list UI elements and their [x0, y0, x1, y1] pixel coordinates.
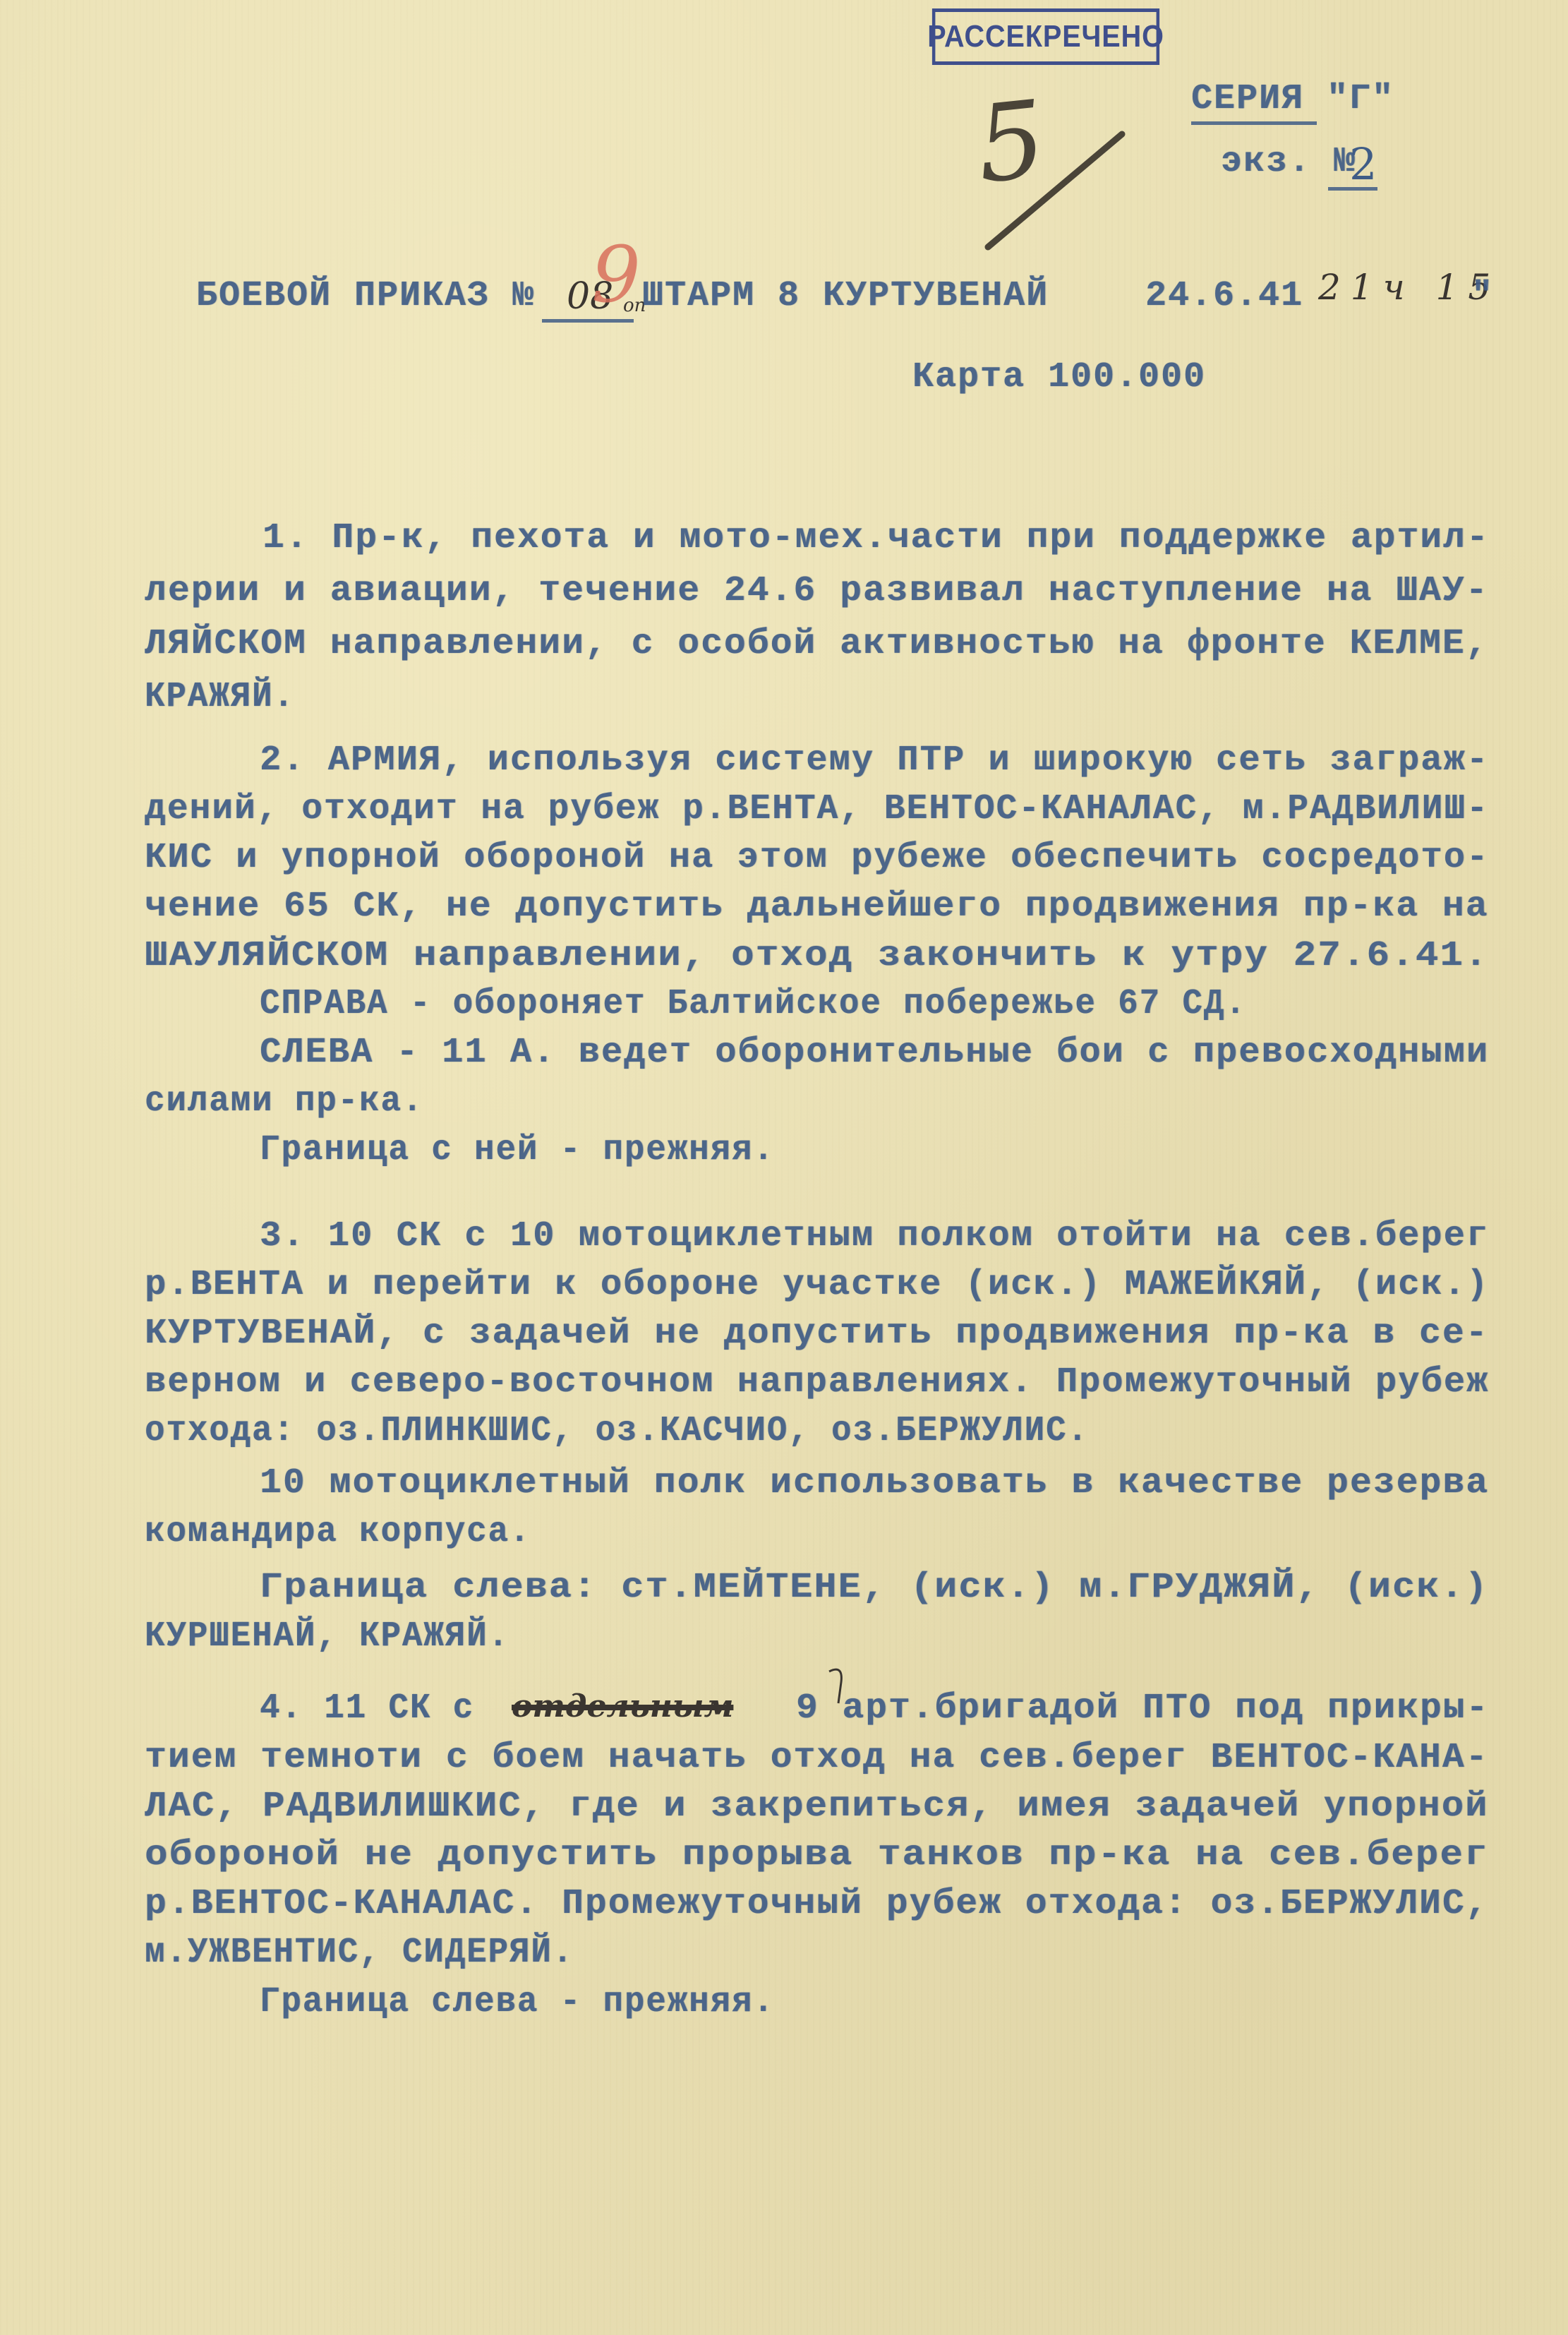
- order-number-red-correction: 9: [591, 229, 641, 320]
- order-time-suffix: ": [1471, 279, 1494, 314]
- body-line: тием темноти с боем начать отход на сев.…: [145, 1741, 1489, 1776]
- struck-out-word: отдельным: [512, 1688, 733, 1724]
- series-label: СЕРИЯ "Г": [1191, 82, 1394, 117]
- copy-number-underline: [1328, 187, 1377, 191]
- body-line: КУРШЕНАЙ, КРАЖЯЙ.: [145, 1619, 509, 1655]
- copy-label: экз. №: [1221, 145, 1356, 180]
- body-line: лерии и авиации, течение 24.6 развивал н…: [145, 574, 1489, 609]
- body-line: 9 арт.бригадой ПТО под прикры-: [796, 1691, 1489, 1727]
- body-line: КУРТУВЕНАЙ, с задачей не допустить продв…: [145, 1316, 1489, 1352]
- body-line: КИС и упорной обороной на этом рубеже об…: [145, 841, 1489, 876]
- order-location: ШТАРМ 8 КУРТУВЕНАЙ: [642, 279, 1049, 314]
- body-line: 1. Пр-к, пехота и мото-мех.части при под…: [263, 521, 1490, 556]
- body-line: 4. 11 СК с: [260, 1691, 474, 1727]
- body-line: ЛАС, РАДВИЛИШКИС, где и закрепиться, име…: [145, 1789, 1489, 1825]
- body-line: 10 мотоциклетный полк использовать в кач…: [260, 1466, 1489, 1501]
- body-line: СПРАВА - обороняет Балтийское побережье …: [260, 987, 1247, 1022]
- handwritten-slash-mark: [974, 127, 1136, 254]
- order-title-prefix: БОЕВОЙ ПРИКАЗ №: [196, 279, 535, 314]
- body-line: силами пр-ка.: [145, 1084, 423, 1120]
- body-line: верном и северо-восточном направлениях. …: [145, 1365, 1489, 1400]
- body-line: Граница с ней - прежняя.: [260, 1133, 775, 1168]
- body-line: отхода: оз.ПЛИНКШИС, оз.КАСЧИО, оз.БЕРЖУ…: [145, 1414, 1089, 1449]
- body-line: чение 65 СК, не допустить дальнейшего пр…: [145, 889, 1489, 925]
- body-line: дений, отходит на рубеж р.ВЕНТА, ВЕНТОС-…: [145, 792, 1489, 827]
- body-line: 2. АРМИЯ, используя систему ПТР и широку…: [260, 743, 1489, 779]
- series-underline: [1191, 121, 1317, 125]
- copy-number: 2: [1349, 138, 1377, 190]
- declassified-stamp: РАССЕКРЕЧЕНО: [932, 8, 1159, 65]
- body-line: ШАУЛЯЙСКОМ направлении, отход закончить …: [145, 939, 1489, 974]
- map-scale: Карта 100.000: [912, 360, 1206, 395]
- stamp-label: РАССЕКРЕЧЕНО: [927, 19, 1164, 54]
- handwritten-correction-mark: [826, 1664, 854, 1707]
- body-line: КРАЖЯЙ.: [145, 680, 295, 715]
- body-line: м.УЖВЕНТИС, СИДЕРЯЙ.: [145, 1935, 574, 1971]
- body-line: р.ВЕНТОС-КАНАЛАС. Промежуточный рубеж от…: [145, 1887, 1489, 1922]
- body-line: р.ВЕНТА и перейти к обороне участке (иск…: [145, 1268, 1489, 1303]
- body-line: ЛЯЙСКОМ направлении, с особой активность…: [145, 627, 1489, 662]
- order-number-underline: [542, 319, 634, 323]
- document-page: [0, 0, 1568, 2335]
- body-line: командира корпуса.: [145, 1515, 531, 1550]
- body-line: обороной не допустить прорыва танков пр-…: [145, 1838, 1489, 1873]
- body-line: Граница слева: ст.МЕЙТЕНЕ, (иск.) м.ГРУД…: [260, 1571, 1489, 1606]
- order-date: 24.6.41: [1145, 279, 1303, 314]
- body-line: 3. 10 СК с 10 мотоциклетным полком отойт…: [260, 1219, 1489, 1254]
- body-line: СЛЕВА - 11 А. ведет оборонительные бои с…: [260, 1036, 1489, 1071]
- body-line: Граница слева - прежняя.: [260, 1985, 775, 2020]
